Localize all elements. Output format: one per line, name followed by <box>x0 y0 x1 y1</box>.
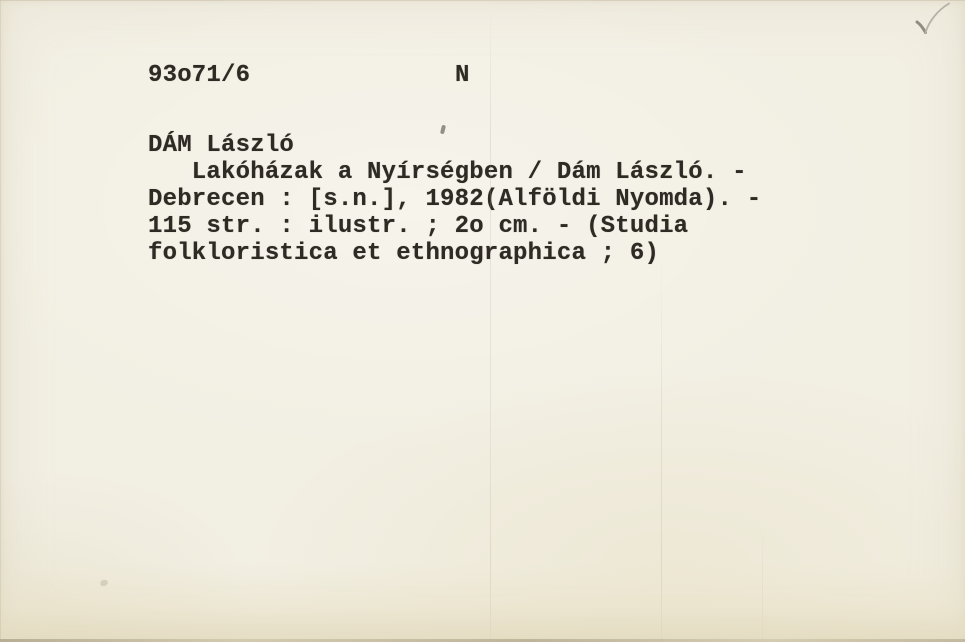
card-left-edge <box>0 0 1 642</box>
scan-streak <box>661 250 662 642</box>
paper-speck <box>99 579 109 587</box>
bottom-shading <box>0 562 965 642</box>
entry-line-imprint: Debrecen : [s.n.], 1982(Alföldi Nyomda).… <box>148 186 761 213</box>
entry-line-collation: 115 str. : ilustr. ; 2o cm. - (Studia <box>148 213 761 240</box>
scan-streak <box>762 520 763 642</box>
entry-line-series: folkloristica et ethnographica ; 6) <box>148 240 761 267</box>
entry-line-title: Lakóházak a Nyírségben / Dám László. - <box>148 159 761 186</box>
entry-line-author: DÁM László <box>148 132 761 159</box>
scan-streak <box>490 0 491 642</box>
pencil-checkmark-icon <box>911 2 953 40</box>
call-number: 93o71/6 <box>148 62 250 89</box>
catalog-entry: DÁM László Lakóházak a Nyírségben / Dám … <box>148 132 761 267</box>
card-top-edge <box>0 0 965 1</box>
catalog-card: 93o71/6 N DÁM László Lakóházak a Nyírség… <box>0 0 965 642</box>
card-header: 93o71/6 N <box>148 62 748 89</box>
classification-letter: N <box>455 62 470 89</box>
